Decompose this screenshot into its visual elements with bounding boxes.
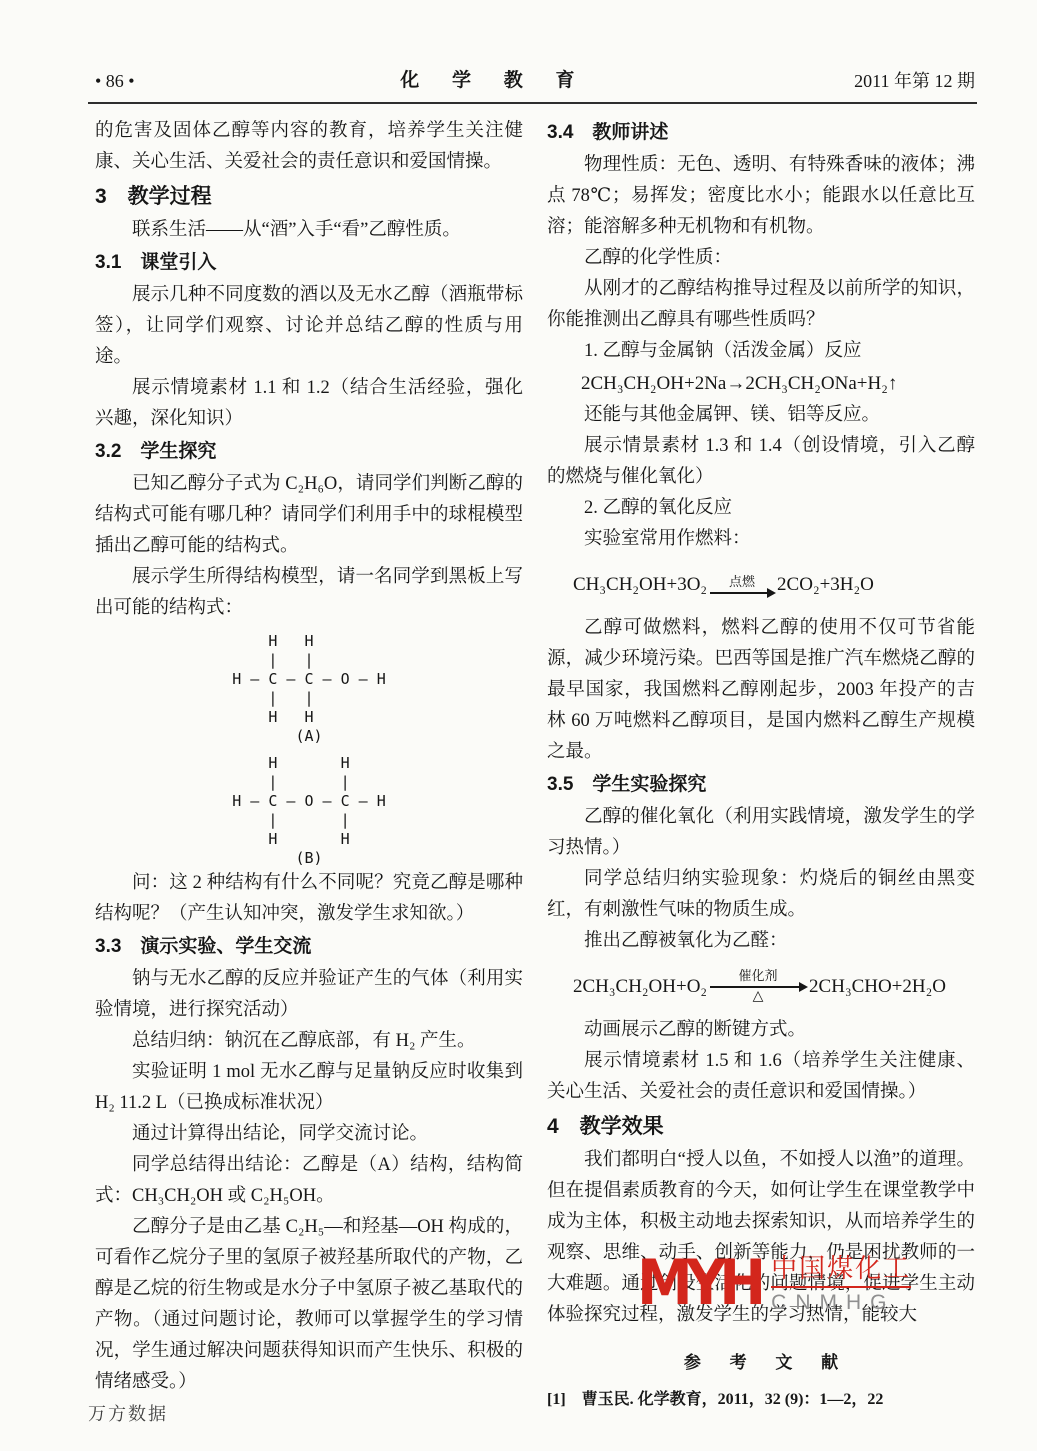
paragraph: 2. 乙醇的氧化反应 (547, 493, 975, 524)
equation-lhs: CH₃CH₂OH+3O₂ (573, 569, 707, 600)
reference-item: [1] 曹玉民. 化学教育，2011，32 (9)：1—2，22 (547, 1388, 975, 1412)
subsection-heading: 3.3 演示实验、学生交流 (95, 931, 523, 963)
section-heading: 3 教学过程 (95, 180, 523, 213)
subsection-heading: 3.4 教师讲述 (547, 117, 975, 149)
subsection-heading: 3.1 课堂引入 (95, 247, 523, 279)
equation-rhs: 2CH₃CHO+2H₂O (809, 971, 946, 1002)
section-heading: 4 教学效果 (547, 1110, 975, 1143)
structure-diagram-b: H H | | H — C — O — C — H | | H H (B) (232, 754, 386, 868)
chemical-equation: 2CH₃CH₂OH+2Na→2CH₃CH₂ONa+H₂↑ (547, 368, 975, 399)
chemical-equation: 2CH₃CH₂OH+O₂ 催化剂 △ 2CH₃CHO+2H₂O (547, 960, 975, 1012)
brand-name-english: CNMHG (771, 1290, 911, 1316)
paragraph: 同学总结归纳实验现象：灼烧后的铜丝由黑变红，有刺激性气味的物质生成。 (547, 864, 975, 926)
paragraph: 实验室常用作燃料： (547, 524, 975, 555)
wanfang-watermark: 万方数据 (88, 1400, 168, 1426)
journal-page: • 86 • 化 学 教 育 2011 年第 12 期 的危害及固体乙醇等内容的… (0, 0, 1037, 1451)
reaction-condition-bottom: △ (753, 989, 764, 1005)
issue-label: 2011 年第 12 期 (854, 70, 975, 92)
two-column-body: 的危害及固体乙醇等内容的教育，培养学生关注健康、关心生活、关爱社会的责任意识和爱… (0, 104, 1037, 1412)
right-column: 3.4 教师讲述 物理性质：无色、透明、有特殊香味的液体；沸点 78℃；易挥发；… (547, 116, 975, 1412)
structure-diagram-a: H H | | H — C — C — O — H | | H H (A) (232, 632, 386, 746)
page-number: • 86 • (95, 70, 135, 92)
reaction-condition-top: 催化剂 (739, 968, 778, 983)
paragraph: 动画展示乙醇的断键方式。 (547, 1015, 975, 1046)
brand-name-chinese: 中国煤化工 (771, 1254, 911, 1288)
paragraph: 联系生活——从“酒”入手“看”乙醇性质。 (95, 215, 523, 246)
paragraph: 问：这 2 种结构有什么不同呢？究竟乙醇是哪种结构呢？（产生认知冲突，激发学生求… (95, 868, 523, 930)
paragraph: 乙醇的催化氧化（利用实践情境，激发学生的学习热情。） (547, 802, 975, 864)
reaction-arrow: 催化剂 △ (710, 968, 806, 1005)
paragraph: 展示情境素材 1.1 和 1.2（结合生活经验，强化兴趣，深化知识） (95, 373, 523, 435)
paragraph: 通过计算得出结论，同学交流讨论。 (95, 1119, 523, 1150)
paragraph: 的危害及固体乙醇等内容的教育，培养学生关注健康、关心生活、关爱社会的责任意识和爱… (95, 116, 523, 178)
paragraph: 钠与无水乙醇的反应并验证产生的气体（利用实验情境，进行探究活动） (95, 964, 523, 1026)
left-column: 的危害及固体乙醇等内容的教育，培养学生关注健康、关心生活、关爱社会的责任意识和爱… (95, 116, 523, 1412)
paragraph: 实验证明 1 mol 无水乙醇与足量钠反应时收集到 H₂ 11.2 L（已换成标… (95, 1057, 523, 1119)
references-heading: 参 考 文 献 (547, 1347, 975, 1378)
equation-lhs: 2CH₃CH₂OH+O₂ (573, 971, 707, 1002)
arrow-line (710, 986, 806, 988)
equation-rhs: 2CO₂+3H₂O (777, 569, 874, 600)
subsection-heading: 3.2 学生探究 (95, 436, 523, 468)
page-header: • 86 • 化 学 教 育 2011 年第 12 期 (0, 0, 1037, 98)
paragraph: 同学总结得出结论：乙醇是（A）结构，结构简式：CH₃CH₂OH 或 C₂H₅OH… (95, 1150, 523, 1212)
paragraph: 乙醇分子是由乙基 C₂H₅—和羟基—OH 构成的，可看作乙烷分子里的氢原子被羟基… (95, 1212, 523, 1398)
paragraph: 推出乙醇被氧化为乙醛： (547, 926, 975, 957)
paragraph: 还能与其他金属钾、镁、铝等反应。 (547, 400, 975, 431)
paragraph: 展示学生所得结构模型，请一名同学到黑板上写出可能的结构式： (95, 562, 523, 624)
paragraph: 1. 乙醇与金属钠（活泼金属）反应 (547, 336, 975, 367)
paragraph: 已知乙醇分子式为 C₂H₆O，请同学们判断乙醇的结构式可能有哪几种？请同学们利用… (95, 469, 523, 562)
paragraph: 总结归纳：钠沉在乙醇底部，有 H₂ 产生。 (95, 1026, 523, 1057)
subsection-heading: 3.5 学生实验探究 (547, 769, 975, 801)
paragraph: 展示情境素材 1.5 和 1.6（培养学生关注健康、关心生活、关爱社会的责任意识… (547, 1046, 975, 1108)
reaction-arrow: 点燃 (710, 574, 774, 595)
cnmhg-brand: 中国煤化工 CNMHG (771, 1248, 911, 1316)
paragraph: 乙醇的化学性质： (547, 243, 975, 274)
cnmhg-watermark: MYH 中国煤化工 CNMHG (637, 1248, 911, 1316)
paragraph: 物理性质：无色、透明、有特殊香味的液体；沸点 78℃；易挥发；密度比水小；能跟水… (547, 150, 975, 243)
arrow-line (710, 592, 774, 594)
reaction-condition-top: 点燃 (729, 574, 755, 589)
paragraph: 乙醇可做燃料，燃料乙醇的使用不仅可节省能源，减少环境污染。巴西等国是推广汽车燃烧… (547, 613, 975, 768)
cnmhg-logo-icon: MYH (637, 1248, 759, 1320)
journal-title: 化 学 教 育 (400, 70, 588, 92)
paragraph: 展示情景素材 1.3 和 1.4（创设情境，引入乙醇的燃烧与催化氧化） (547, 431, 975, 493)
chemical-equation: CH₃CH₂OH+3O₂ 点燃 2CO₂+3H₂O (547, 558, 975, 610)
paragraph: 展示几种不同度数的酒以及无水乙醇（酒瓶带标签），让同学们观察、讨论并总结乙醇的性… (95, 280, 523, 373)
paragraph: 从刚才的乙醇结构推导过程及以前所学的知识，你能推测出乙醇具有哪些性质吗？ (547, 274, 975, 336)
